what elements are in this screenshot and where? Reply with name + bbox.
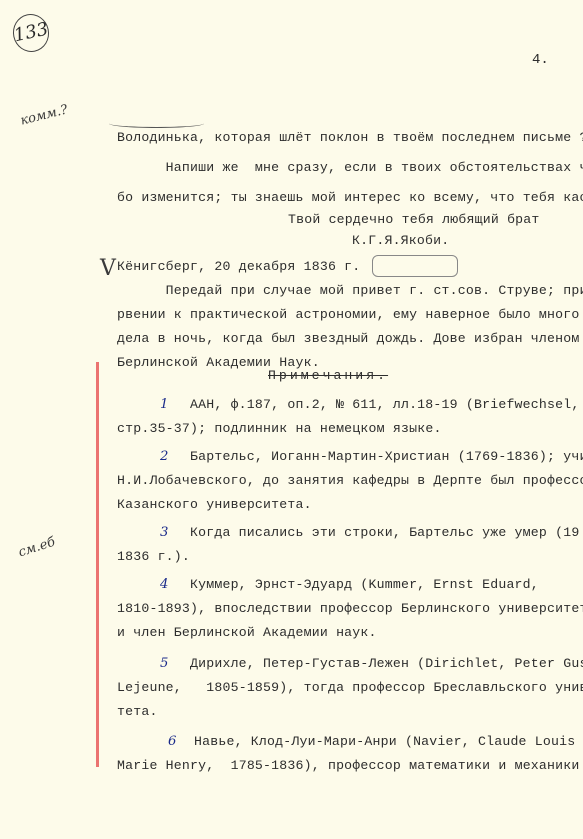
note-number: 1 [160,397,169,413]
red-margin-rule [96,362,99,767]
margin-note-top: комм.? [19,102,69,128]
margin-check-mark: V [100,256,116,281]
note-line: и член Берлинской Академии наук. [117,625,377,641]
letter-line: Напиши же мне сразу, если в твоих обстоя… [117,160,583,176]
folio-number: 133 [9,11,52,56]
circled-text-mark [372,255,458,277]
note-line: Куммер, Эрнст-Эдуард (Kummer, Ernst Edua… [190,577,539,593]
letter-closing: Твой сердечно тебя любящий брат [288,212,540,228]
letter-line: Передай при случае мой привет г. ст.сов.… [117,283,583,299]
note-line: Казанского университета. [117,497,312,513]
note-line: Дирихле, Петер-Густав-Лежен (Dirichlet, … [190,656,583,672]
letter-line: рвении к практической астрономии, ему на… [117,307,580,323]
notes-heading: Примечания. [268,368,388,383]
margin-note-middle: см.еб [17,535,58,561]
note-number: 6 [168,734,177,750]
letter-line: Володинька, которая шлёт поклон в твоём … [117,130,583,146]
note-number: 2 [160,449,169,465]
page-number: 4. [532,52,549,68]
note-line: тета. [117,704,158,720]
note-line: Marie Henry, 1785-1836), профессор матем… [117,758,583,774]
note-number: 5 [160,656,169,672]
note-line: 1836 г.). [117,549,190,565]
note-number: 3 [160,525,169,541]
note-line: 1810-1893), впоследствии профессор Берли… [117,601,583,617]
note-line: Когда писались эти строки, Бартельс уже … [190,525,583,541]
note-line: АAH, ф.187, оп.2, № 611, лл.18-19 (Brief… [190,397,579,413]
letter-line: дела в ночь, когда был звездный дождь. Д… [117,331,580,347]
letter-place-date: Кёнигсберг, 20 декабря 1836 г. [117,259,360,275]
note-line: Lejeune, 1805-1859), тогда профессор Бре… [117,680,583,696]
note-line: стр.35-37); подлинник на немецком языке. [117,421,442,437]
note-line: Навье, Клод-Луи-Мари-Анри (Navier, Claud… [194,734,575,750]
underline-arc-mark [109,119,204,128]
note-line: Бартельс, Иоганн-Мартин-Христиан (1769-1… [190,449,583,465]
letter-signature: К.Г.Я.Якоби. [352,233,449,249]
note-line: Н.И.Лобачевского, до занятия кафедры в Д… [117,473,583,489]
letter-line: бо изменится; ты знаешь мой интерес ко в… [117,190,583,206]
note-number: 4 [160,577,169,593]
